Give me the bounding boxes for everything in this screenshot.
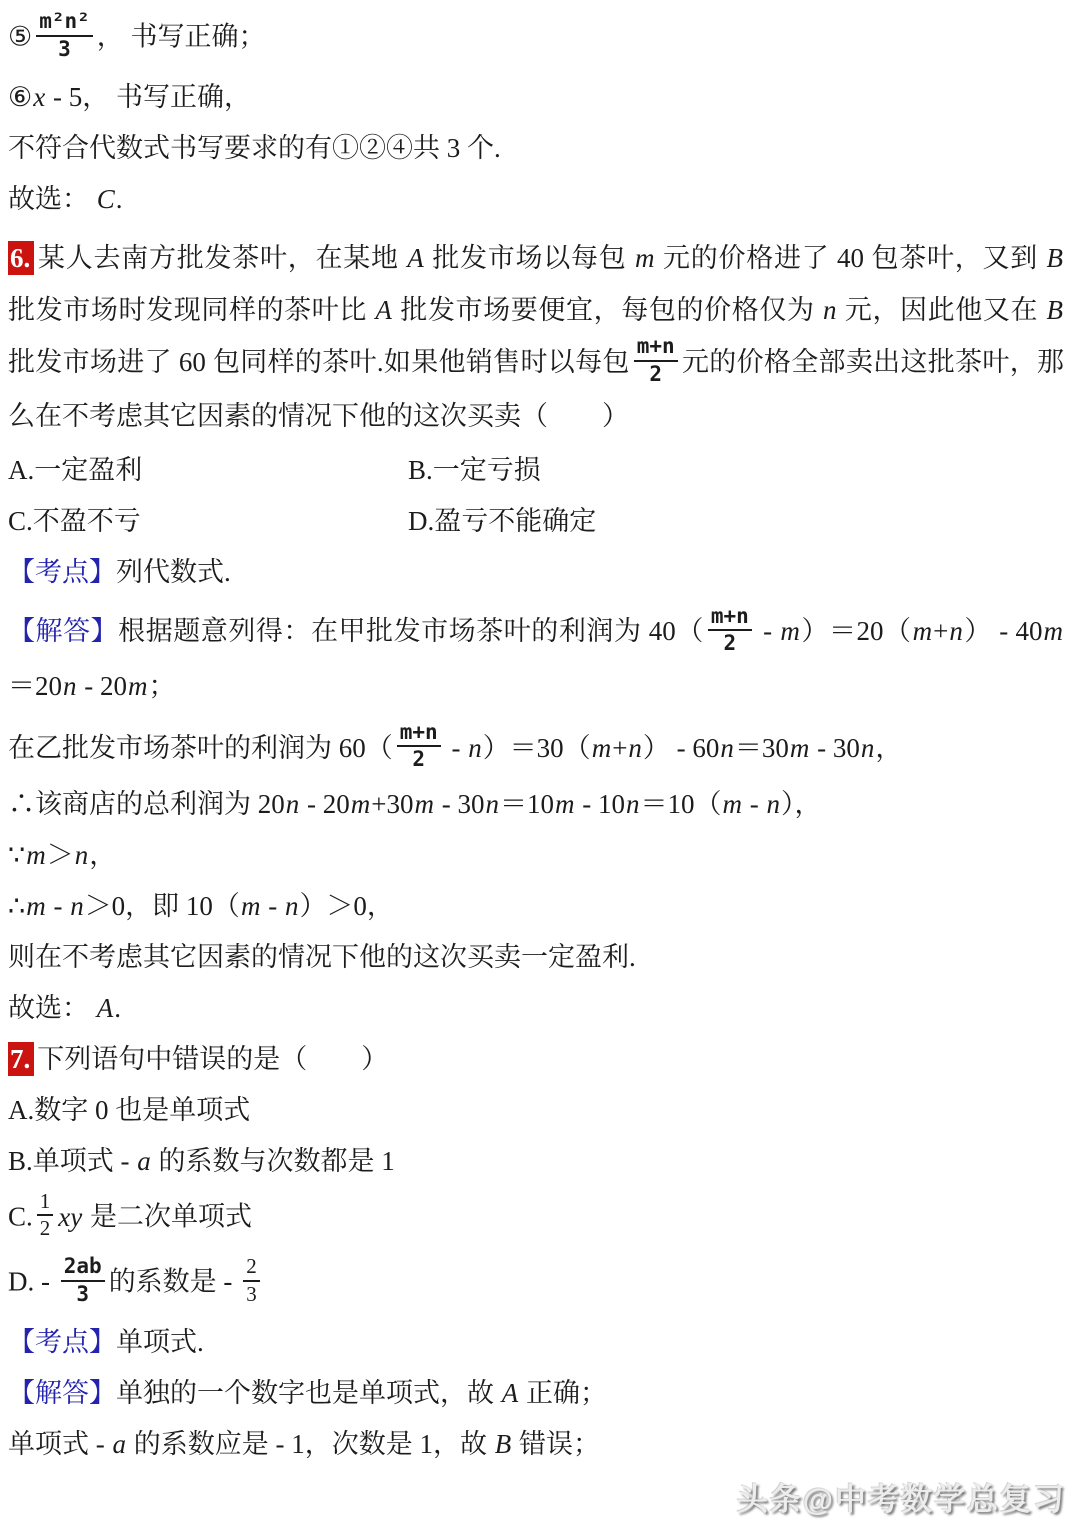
math-var: m xyxy=(779,616,801,646)
text-run: 元的价格进了 40 包茶叶，又到 xyxy=(656,243,1046,273)
math-var: a xyxy=(112,1429,128,1459)
text-run: ⑤ xyxy=(8,22,32,52)
math-var: A xyxy=(406,243,425,273)
text-run: 批发市场要便宜，每包的价格仅为 xyxy=(393,295,822,325)
fraction-numerator: m+n xyxy=(634,335,678,362)
text-run: ） - 60 xyxy=(643,733,720,763)
text-run: 单独的一个数字也是单项式，故 xyxy=(116,1378,501,1408)
q6-options-row-cd: C.不盈不亏D.盈亏不能确定 xyxy=(8,503,1064,540)
fraction-numerator: m+n xyxy=(397,721,441,748)
math-var: n xyxy=(765,789,781,819)
text-run: 的系数是 - xyxy=(109,1267,240,1297)
text-run: A.一定盈利 xyxy=(8,455,142,485)
text-run: 单项式 - xyxy=(8,1429,112,1459)
math-var: B xyxy=(494,1429,513,1459)
text-run: - 30 xyxy=(435,789,485,819)
q6-solution-line-2: 在乙批发市场茶叶的利润为 60（m+n2 - n）＝30（m+n） - 60n＝… xyxy=(8,722,1064,776)
text-run: - 30 xyxy=(810,733,860,763)
text-run: D. - xyxy=(8,1267,57,1297)
math-var: n xyxy=(285,789,301,819)
math-var: A xyxy=(374,295,393,325)
text-run: 单项式. xyxy=(116,1327,204,1357)
math-var: n xyxy=(627,733,643,763)
option-cell: D.盈亏不能确定 xyxy=(408,503,596,540)
q7-topic-line: 【考点】单项式. xyxy=(8,1324,1064,1361)
math-var: n xyxy=(62,671,78,701)
fraction: m²n²3 xyxy=(36,10,93,61)
text-run: 的系数应是 - 1，次数是 1，故 xyxy=(127,1429,494,1459)
section-label: 【考点】 xyxy=(8,557,116,587)
text-run: - xyxy=(261,891,284,921)
option-cell: C.不盈不亏 xyxy=(8,503,408,540)
fraction-denominator: 3 xyxy=(61,1282,105,1307)
fraction-numerator: m²n² xyxy=(36,10,93,37)
item-6-line: ⑥x - 5， 书写正确， xyxy=(8,79,1064,116)
math-var: A xyxy=(501,1378,520,1408)
text-run: 元，因此他又在 xyxy=(837,295,1045,325)
q6-answer-line: 故选： A. xyxy=(8,990,1064,1027)
math-var: x xyxy=(32,82,46,112)
text-run: - 5， 书写正确， xyxy=(46,82,251,112)
text-run: 批发市场时发现同样的茶叶比 xyxy=(8,295,374,325)
text-run: + xyxy=(933,616,948,646)
math-var: B xyxy=(1046,243,1065,273)
text-run: 故选： xyxy=(8,993,96,1023)
fraction-denominator: 2 xyxy=(37,1216,54,1241)
fraction-denominator: 3 xyxy=(36,37,93,62)
text-run: ＝10（ xyxy=(640,789,721,819)
text-run: B.单项式 - xyxy=(8,1146,136,1176)
text-run: ＝10 xyxy=(500,789,554,819)
text-run: 不符合代数式书写要求的有①②④共 3 个. xyxy=(8,133,501,163)
text-run: +30 xyxy=(371,789,413,819)
math-var: n xyxy=(69,891,85,921)
fraction: 12 xyxy=(37,1190,54,1241)
text-run: 根据题意列得：在甲批发市场茶叶的利润为 40（ xyxy=(118,616,704,646)
fraction-numerator: 2 xyxy=(243,1255,260,1282)
fraction: 2ab3 xyxy=(61,1255,105,1306)
text-run: ， xyxy=(89,840,116,870)
text-run: . xyxy=(114,993,121,1023)
text-run: C.不盈不亏 xyxy=(8,506,141,536)
math-var: B xyxy=(1046,295,1065,325)
q7-option-a: A.数字 0 也是单项式 xyxy=(8,1092,1064,1129)
text-run: ∴ xyxy=(8,891,25,921)
question-number-badge: 7. xyxy=(8,1042,34,1076)
text-run: ）＝30（ xyxy=(483,733,591,763)
text-run: - xyxy=(445,733,468,763)
math-var: m xyxy=(350,789,372,819)
text-run: 错误； xyxy=(512,1429,600,1459)
text-run: 故选： xyxy=(8,184,96,214)
text-run: ）＞0， xyxy=(299,891,394,921)
question-7-text: 7.下列语句中错误的是（ ） xyxy=(8,1041,1064,1078)
text-run: 下列语句中错误的是（ ） xyxy=(37,1044,388,1074)
text-run: C. xyxy=(8,1202,33,1232)
math-var: n xyxy=(719,733,735,763)
fraction-denominator: 2 xyxy=(708,631,752,656)
text-run: - 10 xyxy=(575,789,625,819)
q7-option-c: C.12xy 是二次单项式 xyxy=(8,1194,1064,1245)
fraction: m+n2 xyxy=(634,335,678,386)
fraction-numerator: 1 xyxy=(37,1190,54,1217)
text-run: 是二次单项式 xyxy=(83,1202,252,1232)
q6-topic-line: 【考点】列代数式. xyxy=(8,554,1064,591)
math-var: m xyxy=(789,733,811,763)
question-number-badge: 6. xyxy=(8,241,34,275)
q6-solution-line-6: 则在不考虑其它因素的情况下他的这次买卖一定盈利. xyxy=(8,939,1064,976)
text-run: - xyxy=(756,616,780,646)
text-run: + xyxy=(612,733,627,763)
math-var: C xyxy=(96,184,116,214)
fraction-denominator: 2 xyxy=(634,362,678,387)
q7-option-b: B.单项式 - a 的系数与次数都是 1 xyxy=(8,1143,1064,1180)
section-label: 【考点】 xyxy=(8,1327,116,1357)
q7-solution-line-1: 【解答】单独的一个数字也是单项式，故 A 正确； xyxy=(8,1375,1064,1412)
math-var: n xyxy=(467,733,483,763)
math-var: n xyxy=(484,789,500,819)
math-var: m xyxy=(413,789,435,819)
text-run: . xyxy=(116,184,123,214)
section-label: 【解答】 xyxy=(8,1378,116,1408)
q6-solution-line-5: ∴m - n＞0，即 10（m - n）＞0， xyxy=(8,888,1064,925)
math-var: xy xyxy=(57,1202,83,1232)
text-run: 则在不考虑其它因素的情况下他的这次买卖一定盈利. xyxy=(8,942,636,972)
watermark: 头条@中考数学总复习 xyxy=(737,1474,1066,1519)
fraction-numerator: m+n xyxy=(708,605,752,632)
math-var: m xyxy=(25,891,47,921)
text-run: ＝30 xyxy=(735,733,789,763)
fraction-numerator: 2ab xyxy=(61,1255,105,1282)
worksheet-content: ⑤m²n²3， 书写正确；⑥x - 5， 书写正确，不符合代数式书写要求的有①②… xyxy=(0,0,1080,1463)
text-run: 的系数与次数都是 1 xyxy=(152,1146,395,1176)
q7-solution-line-2: 单项式 - a 的系数应是 - 1，次数是 1，故 B 错误； xyxy=(8,1426,1064,1463)
q7-option-d: D. - 2ab3的系数是 - 23 xyxy=(8,1259,1064,1310)
q6-options-row-ab: A.一定盈利B.一定亏损 xyxy=(8,452,1064,489)
text-run: A.数字 0 也是单项式 xyxy=(8,1095,250,1125)
math-var: a xyxy=(136,1146,152,1176)
text-run: ； xyxy=(149,671,176,701)
fraction-denominator: 3 xyxy=(243,1282,260,1307)
fraction: 23 xyxy=(243,1255,260,1306)
text-run: ＝20 xyxy=(8,671,62,701)
text-run: ＞0，即 10（ xyxy=(85,891,240,921)
math-var: m xyxy=(554,789,576,819)
math-var: A xyxy=(96,993,115,1023)
text-run: - 20 xyxy=(78,671,128,701)
q6-solution-line-3: ∴该商店的总利润为 20n - 20m+30m - 30n＝10m - 10n＝… xyxy=(8,786,1064,823)
text-run: ）， xyxy=(781,789,822,819)
math-var: m xyxy=(25,840,47,870)
text-run: 批发市场以每包 xyxy=(425,243,634,273)
answer-c-line: 故选： C. xyxy=(8,181,1064,218)
question-6-text: 6.某人去南方批发茶叶，在某地 A 批发市场以每包 m 元的价格进了 40 包茶… xyxy=(8,232,1064,442)
text-run: ⑥ xyxy=(8,82,32,112)
text-run: 批发市场进了 60 包同样的茶叶.如果他销售时以每包 xyxy=(8,347,630,377)
math-var: m xyxy=(240,891,262,921)
item-5-line: ⑤m²n²3， 书写正确； xyxy=(8,14,1064,65)
fraction: m+n2 xyxy=(708,605,752,656)
math-var: m xyxy=(721,789,743,819)
text-run: B.一定亏损 xyxy=(408,455,541,485)
text-run: - xyxy=(743,789,766,819)
math-var: n xyxy=(284,891,300,921)
text-run: ）＝20（ xyxy=(801,616,912,646)
text-run: 某人去南方批发茶叶，在某地 xyxy=(37,243,406,273)
math-var: m xyxy=(127,671,149,701)
text-run: ＞ xyxy=(47,840,74,870)
section-label: 【解答】 xyxy=(8,616,118,646)
text-run: ， 书写正确； xyxy=(97,22,266,52)
q6-solution-line-4: ∵m＞n， xyxy=(8,837,1064,874)
math-var: n xyxy=(74,840,90,870)
text-run: ） - 40 xyxy=(964,616,1043,646)
math-var: m xyxy=(634,243,656,273)
math-var: n xyxy=(948,616,964,646)
text-run: ∵ xyxy=(8,840,25,870)
text-run: - xyxy=(47,891,70,921)
math-var: m xyxy=(591,733,613,763)
text-run: ∴该商店的总利润为 20 xyxy=(8,789,285,819)
document-page: { "meta": { "kind": "math-exam-solution-… xyxy=(0,0,1080,1527)
math-var: m xyxy=(1043,616,1065,646)
text-run: - 20 xyxy=(300,789,350,819)
fraction: m+n2 xyxy=(397,721,441,772)
option-cell: A.一定盈利 xyxy=(8,452,408,489)
text-run: ， xyxy=(875,733,902,763)
math-var: n xyxy=(625,789,641,819)
text-run: D.盈亏不能确定 xyxy=(408,506,596,536)
text-run: 列代数式. xyxy=(116,557,231,587)
math-var: n xyxy=(860,733,876,763)
math-var: m xyxy=(912,616,934,646)
text-run: 正确； xyxy=(519,1378,607,1408)
text-run: 在乙批发市场茶叶的利润为 60（ xyxy=(8,733,393,763)
q6-solution-para: 【解答】根据题意列得：在甲批发市场茶叶的利润为 40（m+n2 - m）＝20（… xyxy=(8,605,1064,711)
option-cell: B.一定亏损 xyxy=(408,452,541,489)
fraction-denominator: 2 xyxy=(397,747,441,772)
math-var: n xyxy=(822,295,838,325)
summary-line: 不符合代数式书写要求的有①②④共 3 个. xyxy=(8,130,1064,167)
